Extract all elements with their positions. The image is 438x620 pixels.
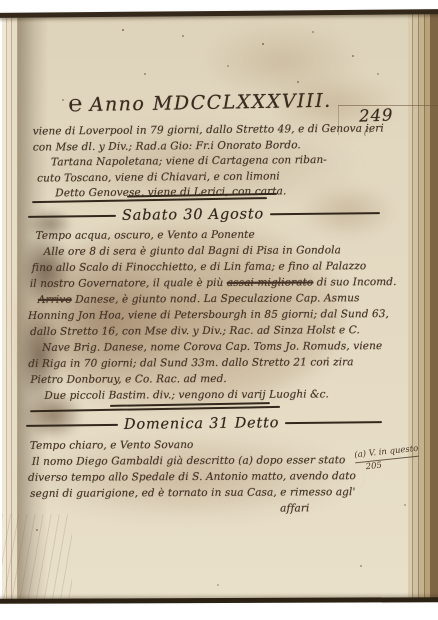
manuscript-line: Nave Brig. Danese, nome Corova Cap. Toms…: [42, 338, 397, 356]
manuscript-line: Alle ore 8 di sera è giunto dal Bagni di…: [44, 242, 397, 260]
manuscript-line: Honning Jon Hoa, viene di Petersbourgh i…: [28, 306, 397, 324]
header-rule-left: [26, 424, 118, 427]
year-heading-text: Anno MDCCLXXXVIII.: [90, 90, 332, 116]
struck-text: assai migliorato: [227, 276, 314, 288]
manuscript-line: fino allo Scalo di Finocchietto, e di Li…: [32, 258, 397, 276]
year-heading: ℮ Anno MDCCLXXXVIII.: [50, 86, 350, 117]
manuscript-line: affari: [280, 500, 356, 516]
book-fore-edge: [408, 13, 438, 600]
opening-paragraph: viene di Loverpool in 79 giorni, dallo S…: [33, 121, 385, 202]
sabato-paragraph: Tempo acqua, oscuro, e Vento a Ponente A…: [28, 226, 398, 404]
manuscript-line: segni di guarigione, ed è tornato in sua…: [30, 484, 356, 502]
domenica-paragraph: Tempo chiaro, e Vento Sovano Il nomo Die…: [28, 436, 356, 518]
manuscript-line: Il nomo Diego Gambaldi già descritto (a)…: [32, 452, 356, 470]
manuscript-line: Arrivo Danese, è giunto nond. La Specula…: [38, 290, 397, 308]
struck-text: Arrivo: [38, 294, 72, 306]
foxing-specks: [122, 29, 124, 31]
header-rule-right: [270, 212, 380, 215]
line-text: il nostro Governatore, il quale è più: [30, 277, 227, 290]
manuscript-line: Tempo chiaro, e Vento Sovano: [30, 436, 356, 454]
line-text: Danese, è giunto nond. La Speculazione C…: [72, 292, 360, 306]
manuscript-scan: ℮ Anno MDCCLXXXVIII. 249 (· viene di Lov…: [0, 0, 438, 620]
calligraphic-flourish: ℮: [68, 91, 82, 117]
section-heading: Domenica 31 Detto: [124, 415, 279, 433]
page-bottom-edge: [0, 597, 438, 604]
line-text: di suo Incomd.: [313, 276, 396, 288]
header-rule-left: [28, 215, 116, 218]
manuscript-line: Tempo acqua, oscuro, e Vento a Ponente: [36, 226, 397, 244]
bottom-left-page-layers: [2, 514, 72, 600]
manuscript-line: Pietro Donboruy, e Co. Rac. ad med.: [30, 370, 397, 388]
header-rule-right: [285, 421, 382, 424]
manuscript-line: Due piccoli Bastim. div.; vengono di var…: [44, 386, 397, 404]
manuscript-line: dallo Stretto 16, con Mse div. y Div.; R…: [30, 322, 397, 340]
book-photo: ℮ Anno MDCCLXXXVIII. 249 (· viene di Lov…: [2, 9, 438, 605]
section-heading: Sabato 30 Agosto: [122, 206, 264, 223]
manuscript-line: di Riga in 70 giorni; dal Sund 33m. dall…: [28, 354, 397, 372]
manuscript-line: il nostro Governatore, il quale è più as…: [30, 274, 397, 292]
manuscript-line: diverso tempo allo Spedale di S. Antonio…: [28, 468, 356, 486]
